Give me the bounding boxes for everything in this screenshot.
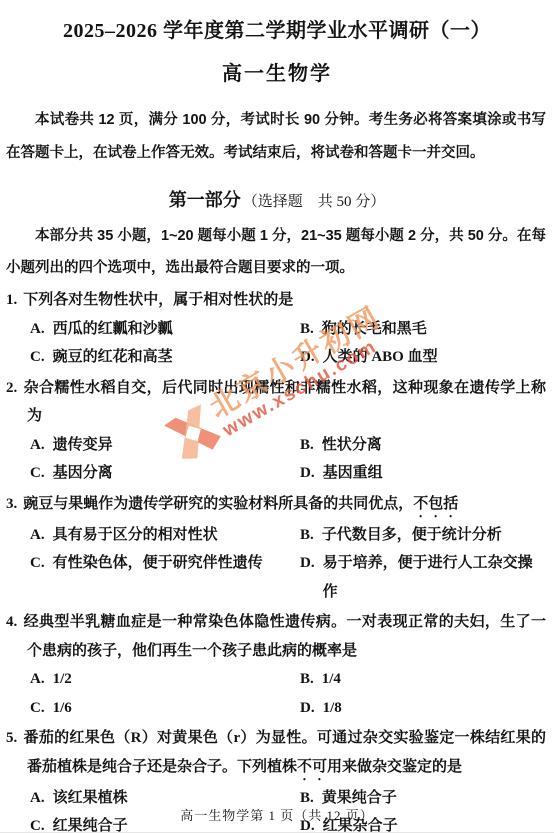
option-text: 1/2 xyxy=(53,665,300,694)
stem-segment: 用来做杂交鉴定的是 xyxy=(327,759,462,775)
question-text: 经典型半乳糖血症是一种常染色体隐性遗传病。一对表现正常的夫妇，生了一个患病的孩子… xyxy=(23,614,546,659)
option-D: D.基因重组 xyxy=(300,459,546,488)
option-A: A.遗传变异 xyxy=(30,431,300,460)
option-text: 人类的 ABO 血型 xyxy=(323,343,546,372)
question-options: A.1/2B.1/4C.1/6D.1/8 xyxy=(30,665,546,722)
option-A: A.西瓜的红瓤和沙瓤 xyxy=(30,315,300,344)
option-C: C.豌豆的红花和高茎 xyxy=(30,343,300,372)
option-label: A. xyxy=(30,665,45,694)
option-label: C. xyxy=(30,694,45,723)
stem-segment: 杂合糯性水稻自交，后代同时出现糯性和非糯性水稻，这种现象在遗传学上称为 xyxy=(23,380,546,425)
emphasized-text: 不包括 xyxy=(413,496,458,512)
option-C: C.1/6 xyxy=(30,694,300,723)
option-label: A. xyxy=(30,315,45,344)
option-B: B.1/4 xyxy=(300,665,546,694)
stem-segment: 番茄的红果色（R）对黄果色（r）为显性。可通过杂交实验鉴定一株结红果的番茄植株是… xyxy=(23,730,546,775)
question-options: A.遗传变异B.性状分离C.基因分离D.基因重组 xyxy=(30,431,546,488)
question-stem: 1.下列各对生物性状中，属于相对性状的是 xyxy=(6,286,546,315)
option-label: C. xyxy=(30,459,45,488)
exam-notice: 本试卷共 12 页，满分 100 分，考试时长 90 分钟。考生务必将答案填涂或… xyxy=(6,104,546,170)
option-label: B. xyxy=(300,521,314,550)
question-text: 下列各对生物性状中，属于相对性状的是 xyxy=(23,292,293,308)
option-text: 遗传变异 xyxy=(53,431,300,460)
option-label: C. xyxy=(30,549,45,606)
option-D: D.1/8 xyxy=(300,694,546,723)
option-label: B. xyxy=(300,315,314,344)
question-text: 番茄的红果色（R）对黄果色（r）为显性。可通过杂交实验鉴定一株结红果的番茄植株是… xyxy=(23,730,546,775)
question: 1.下列各对生物性状中，属于相对性状的是 A.西瓜的红瓤和沙瓤B.狗的长毛和黑毛… xyxy=(6,286,546,372)
option-text: 子代数目多，便于统计分析 xyxy=(322,521,546,550)
option-B: B.性状分离 xyxy=(300,431,546,460)
question-number: 1. xyxy=(6,292,17,308)
question-number: 5. xyxy=(6,730,17,746)
option-text: 1/6 xyxy=(53,694,300,723)
question-stem: 2.杂合糯性水稻自交，后代同时出现糯性和非糯性水稻，这种现象在遗传学上称为 xyxy=(6,374,546,431)
option-text: 1/4 xyxy=(322,665,546,694)
option-text: 有性染色体，便于研究伴性遗传 xyxy=(53,549,300,606)
question-number: 4. xyxy=(6,614,17,630)
option-label: C. xyxy=(30,343,45,372)
section-instructions: 本部分共 35 小题，1~20 题每小题 1 分，21~35 题每小题 2 分，… xyxy=(6,220,546,284)
option-label: D. xyxy=(300,343,315,372)
option-B: B.狗的长毛和黑毛 xyxy=(300,315,546,344)
stem-segment: 经典型半乳糖血症是一种常染色体隐性遗传病。一对表现正常的夫妇，生了一个患病的孩子… xyxy=(23,614,546,659)
option-label: D. xyxy=(300,549,315,606)
page-footer: 高一生物学第 1 页（共 12 页） xyxy=(0,805,554,824)
option-text: 豌豆的红花和高茎 xyxy=(53,343,300,372)
question-stem: 5.番茄的红果色（R）对黄果色（r）为显性。可通过杂交实验鉴定一株结红果的番茄植… xyxy=(6,724,546,784)
option-text: 具有易于区分的相对性状 xyxy=(53,521,300,550)
question: 2.杂合糯性水稻自交，后代同时出现糯性和非糯性水稻，这种现象在遗传学上称为 A.… xyxy=(6,374,546,488)
exam-page: 2025–2026 学年度第二学期学业水平调研（一） 高一生物学 本试卷共 12… xyxy=(0,0,554,833)
question-stem: 3.豌豆与果蝇作为遗传学研究的实验材料所具备的共同优点，不包括 xyxy=(6,490,546,521)
question-number: 2. xyxy=(6,380,17,396)
emphasized-text: 不可 xyxy=(297,759,327,775)
option-text: 1/8 xyxy=(323,694,546,723)
option-B: B.子代数目多，便于统计分析 xyxy=(300,521,546,550)
option-text: 基因重组 xyxy=(323,459,546,488)
option-text: 西瓜的红瓤和沙瓤 xyxy=(53,315,300,344)
exam-subject-title: 高一生物学 xyxy=(0,57,554,86)
option-label: D. xyxy=(300,694,315,723)
option-label: A. xyxy=(30,431,45,460)
question-options: A.具有易于区分的相对性状B.子代数目多，便于统计分析C.有性染色体，便于研究伴… xyxy=(30,521,546,607)
option-label: B. xyxy=(300,665,314,694)
option-text: 狗的长毛和黑毛 xyxy=(322,315,546,344)
section-heading: 第一部分（选择题 共 50 分） xyxy=(0,186,554,212)
option-text: 易于培养，便于进行人工杂交操作 xyxy=(323,549,546,606)
exam-title: 2025–2026 学年度第二学期学业水平调研（一） xyxy=(0,14,554,43)
stem-segment: 下列各对生物性状中，属于相对性状的是 xyxy=(23,292,293,308)
option-label: A. xyxy=(30,521,45,550)
option-A: A.具有易于区分的相对性状 xyxy=(30,521,300,550)
question: 4.经典型半乳糖血症是一种常染色体隐性遗传病。一对表现正常的夫妇，生了一个患病的… xyxy=(6,608,546,722)
option-label: B. xyxy=(300,431,314,460)
question-number: 3. xyxy=(6,496,17,512)
question-text: 杂合糯性水稻自交，后代同时出现糯性和非糯性水稻，这种现象在遗传学上称为 xyxy=(23,380,546,425)
question-options: A.西瓜的红瓤和沙瓤B.狗的长毛和黑毛C.豌豆的红花和高茎D.人类的 ABO 血… xyxy=(30,315,546,372)
question-stem: 4.经典型半乳糖血症是一种常染色体隐性遗传病。一对表现正常的夫妇，生了一个患病的… xyxy=(6,608,546,665)
section-subtitle: （选择题 共 50 分） xyxy=(243,194,386,210)
option-text: 基因分离 xyxy=(53,459,300,488)
option-D: D.人类的 ABO 血型 xyxy=(300,343,546,372)
option-label: D. xyxy=(300,459,315,488)
option-A: A.1/2 xyxy=(30,665,300,694)
section-title: 第一部分 xyxy=(169,190,241,210)
question-text: 豌豆与果蝇作为遗传学研究的实验材料所具备的共同优点，不包括 xyxy=(23,496,458,512)
option-text: 性状分离 xyxy=(322,431,546,460)
option-D: D.易于培养，便于进行人工杂交操作 xyxy=(300,549,546,606)
option-C: C.有性染色体，便于研究伴性遗传 xyxy=(30,549,300,606)
option-C: C.基因分离 xyxy=(30,459,300,488)
question-list: 1.下列各对生物性状中，属于相对性状的是 A.西瓜的红瓤和沙瓤B.狗的长毛和黑毛… xyxy=(6,286,546,833)
question: 3.豌豆与果蝇作为遗传学研究的实验材料所具备的共同优点，不包括 A.具有易于区分… xyxy=(6,490,546,607)
stem-segment: 豌豆与果蝇作为遗传学研究的实验材料所具备的共同优点， xyxy=(23,496,413,512)
